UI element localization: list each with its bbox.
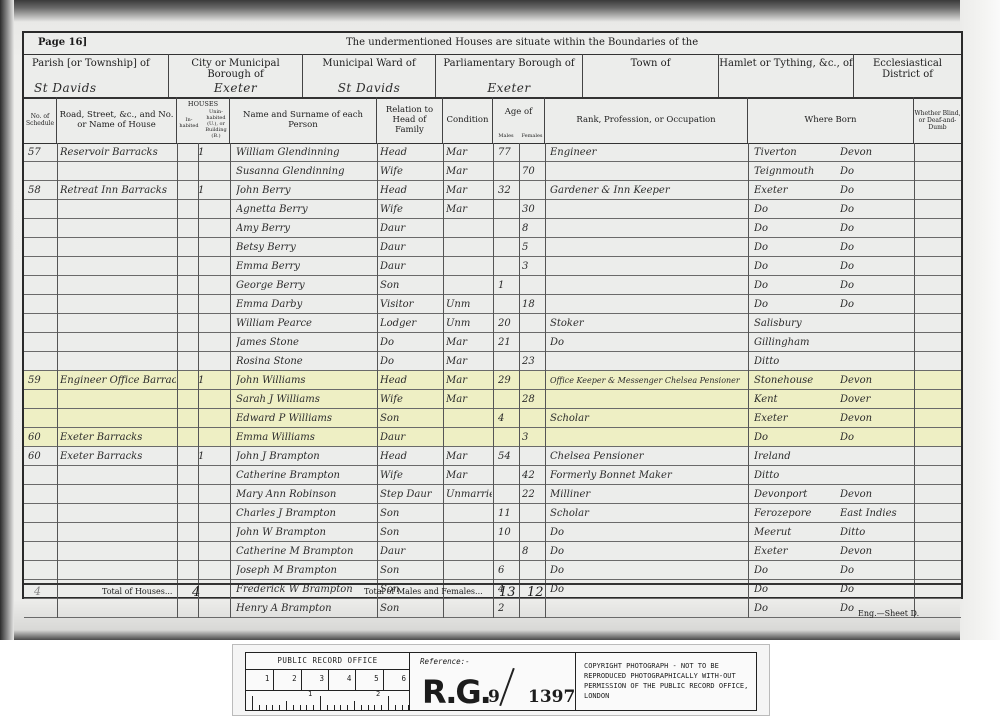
cell-born-county <box>840 333 912 352</box>
cell-occupation: Do <box>550 523 746 542</box>
cell-occupation: Scholar <box>550 409 746 428</box>
cell-relation: Wife <box>380 390 442 409</box>
cell-occupation <box>550 295 746 314</box>
cell-female-age <box>522 333 544 352</box>
cell-born-place: Exeter <box>754 542 836 561</box>
cell-relation: Step Daur <box>380 485 442 504</box>
cell-born-place: Do <box>754 238 836 257</box>
ruler-tick <box>279 705 280 710</box>
column-divider <box>493 143 494 618</box>
ruler-tick <box>368 705 369 710</box>
cell-occupation <box>550 219 746 238</box>
cell-address <box>60 409 176 428</box>
cell-address <box>60 257 176 276</box>
col-disability: Whether Blind, or Deaf-and-Dumb <box>914 97 961 143</box>
col-age: Age of Males Females <box>493 97 545 143</box>
cell-born-county: Devon <box>840 371 912 390</box>
cell-address: Reservoir Barracks <box>60 143 176 162</box>
cell-born-place: Do <box>754 599 836 618</box>
cell-schedule: 57 <box>28 143 56 162</box>
cell-occupation <box>550 200 746 219</box>
col-condition: Condition <box>443 97 493 143</box>
reference-piece: 1397 <box>528 687 575 707</box>
cell-female-age <box>522 504 544 523</box>
cell-name: John Williams <box>236 371 376 390</box>
cell-relation: Son <box>380 276 442 295</box>
ruler-number: 2 <box>376 690 380 698</box>
scan-left-edge <box>0 0 14 640</box>
cell-male-age <box>498 466 520 485</box>
cell-occupation: Do <box>550 561 746 580</box>
cell-relation: Daur <box>380 257 442 276</box>
cell-condition: Mar <box>446 200 492 219</box>
cell-female-age <box>522 371 544 390</box>
houses-total-value: 4 <box>192 585 200 600</box>
cell-inhabited: 1 <box>198 447 208 466</box>
ruler-tick <box>259 705 260 710</box>
cell-female-age <box>522 523 544 542</box>
cell-occupation <box>550 352 746 371</box>
age-label: Age of <box>505 107 533 117</box>
cell-schedule: 60 <box>28 428 56 447</box>
cell-female-age <box>522 599 544 618</box>
cell-occupation: Chelsea Pensioner <box>550 447 746 466</box>
cell-address <box>60 542 176 561</box>
ruler-tick <box>327 705 328 710</box>
scale-numbers: 123456 <box>246 670 409 691</box>
cell-male-age: 11 <box>498 504 520 523</box>
boundary-ward: Municipal Ward of St Davids <box>303 54 436 97</box>
cell-inhabited <box>198 504 208 523</box>
cell-name: George Berry <box>236 276 376 295</box>
cell-name: Rosina Stone <box>236 352 376 371</box>
cell-born-place: Ireland <box>754 447 836 466</box>
cell-condition <box>446 257 492 276</box>
cell-address <box>60 295 176 314</box>
cell-female-age: 8 <box>522 542 544 561</box>
boundary-label: Hamlet or Tything, &c., of <box>719 58 852 69</box>
boundary-ecclesiastical: Ecclesiastical District of <box>854 54 961 97</box>
cell-inhabited <box>198 542 208 561</box>
cell-inhabited <box>198 599 208 618</box>
cell-female-age: 42 <box>522 466 544 485</box>
cell-address <box>60 599 176 618</box>
column-divider <box>57 143 58 618</box>
males-total-value: 13 <box>499 585 516 600</box>
cell-address: Exeter Barracks <box>60 447 176 466</box>
ruler-tick <box>320 696 321 710</box>
cell-name: John W Brampton <box>236 523 376 542</box>
scan-right-edge <box>960 0 1000 640</box>
cell-born-place: Meerut <box>754 523 836 542</box>
cell-relation: Son <box>380 523 442 542</box>
cell-female-age <box>522 561 544 580</box>
ruler-tick <box>252 696 253 710</box>
boundary-label: City or Municipal Borough of <box>191 58 279 80</box>
cell-name: Sarah J Williams <box>236 390 376 409</box>
boundary-hamlet: Hamlet or Tything, &c., of <box>719 54 854 97</box>
cell-born-county <box>840 466 912 485</box>
cell-name: Edward P Williams <box>236 409 376 428</box>
cell-schedule <box>28 295 56 314</box>
cell-born-place: Do <box>754 200 836 219</box>
cell-relation: Son <box>380 409 442 428</box>
cell-relation: Son <box>380 599 442 618</box>
cell-schedule <box>28 485 56 504</box>
totals-row: 4 Total of Houses... 4 Total of Males an… <box>24 583 961 601</box>
cell-male-age <box>498 219 520 238</box>
ruler-tick <box>306 705 307 710</box>
scale-number: 6 <box>382 674 406 683</box>
cell-schedule <box>28 599 56 618</box>
col-occupation: Rank, Profession, or Occupation <box>545 97 748 143</box>
cell-condition <box>446 276 492 295</box>
cell-male-age: 4 <box>498 409 520 428</box>
cell-inhabited <box>198 238 208 257</box>
cell-occupation <box>550 390 746 409</box>
reference-slash <box>499 668 515 706</box>
cell-occupation: Scholar <box>550 504 746 523</box>
cell-condition: Mar <box>446 466 492 485</box>
ruler-tick <box>347 705 348 710</box>
cell-born-county: Do <box>840 257 912 276</box>
cell-name: Mary Ann Robinson <box>236 485 376 504</box>
cell-condition: Mar <box>446 371 492 390</box>
cell-address <box>60 314 176 333</box>
cell-name: Charles J Brampton <box>236 504 376 523</box>
cell-inhabited <box>198 390 208 409</box>
ruler-tick <box>402 705 403 710</box>
ruler-tick <box>381 705 382 710</box>
cell-relation: Do <box>380 333 442 352</box>
boundaries-row: Parish [or Township] of St Davids City o… <box>24 54 961 99</box>
census-entries: 57Reservoir Barracks1William Glendinning… <box>24 143 961 583</box>
cell-occupation <box>550 428 746 447</box>
cell-born-place: Salisbury <box>754 314 836 333</box>
cell-condition: Unm <box>446 295 492 314</box>
cell-born-place: Do <box>754 295 836 314</box>
cell-occupation <box>550 599 746 618</box>
cell-relation: Head <box>380 181 442 200</box>
column-header-row: No. of Schedule Road, Street, &c., and N… <box>24 97 961 144</box>
cell-name: Emma Darby <box>236 295 376 314</box>
cell-female-age <box>522 276 544 295</box>
ruler-tick <box>388 696 389 710</box>
col-relation: Relation to Head of Family <box>377 97 443 143</box>
cell-born-place: Gillingham <box>754 333 836 352</box>
cell-relation: Daur <box>380 238 442 257</box>
ruler-tick <box>272 705 273 710</box>
column-divider <box>748 143 749 618</box>
cell-condition: Mar <box>446 181 492 200</box>
cell-condition: Unmarried <box>446 485 492 504</box>
cell-inhabited <box>198 409 208 428</box>
cell-address <box>60 485 176 504</box>
houses-total-label: Total of Houses... <box>102 587 172 596</box>
cell-male-age: 6 <box>498 561 520 580</box>
cell-condition: Unm <box>446 314 492 333</box>
cell-inhabited <box>198 352 208 371</box>
cell-schedule <box>28 390 56 409</box>
cell-occupation: Stoker <box>550 314 746 333</box>
column-divider <box>914 143 915 618</box>
ruler-tick <box>340 705 341 710</box>
cell-name: Henry A Brampton <box>236 599 376 618</box>
col-houses: HOUSES In-habited Unin-habited (U.), or … <box>177 97 230 143</box>
boundary-label: Parish [or Township] of <box>32 58 150 69</box>
boundary-label: Parliamentary Borough of <box>443 58 574 69</box>
col-name: Name and Surname of each Person <box>230 97 377 143</box>
cell-occupation: Engineer <box>550 143 746 162</box>
copyright-notice: COPYRIGHT PHOTOGRAPH - NOT TO BE REPRODU… <box>584 661 754 701</box>
cell-born-place: Ditto <box>754 466 836 485</box>
cell-born-county: Do <box>840 162 912 181</box>
cell-relation: Visitor <box>380 295 442 314</box>
cell-condition <box>446 409 492 428</box>
scale-number: 3 <box>300 674 324 683</box>
cell-condition: Mar <box>446 143 492 162</box>
cell-occupation: Office Keeper & Messenger Chelsea Pensio… <box>550 371 746 390</box>
cell-condition <box>446 561 492 580</box>
cell-relation: Daur <box>380 219 442 238</box>
cell-male-age: 10 <box>498 523 520 542</box>
cell-address <box>60 523 176 542</box>
cell-name: Betsy Berry <box>236 238 376 257</box>
females-total-value: 12 <box>527 585 544 600</box>
cell-female-age <box>522 314 544 333</box>
ruler-tick <box>361 705 362 710</box>
sheet-label: Eng.—Sheet D. <box>858 609 919 618</box>
cell-female-age: 22 <box>522 485 544 504</box>
cell-born-county: Devon <box>840 485 912 504</box>
cell-born-place: Do <box>754 428 836 447</box>
cell-inhabited <box>198 523 208 542</box>
cell-born-county: Do <box>840 200 912 219</box>
scale-number: 5 <box>355 674 379 683</box>
cell-name: Catherine Brampton <box>236 466 376 485</box>
ruler-tick <box>293 705 294 710</box>
ruler-tick <box>313 705 314 710</box>
cell-name: William Glendinning <box>236 143 376 162</box>
cell-condition <box>446 523 492 542</box>
margin-mark: 4 <box>34 585 41 598</box>
cell-name: William Pearce <box>236 314 376 333</box>
cell-born-place: Do <box>754 219 836 238</box>
col-address: Road, Street, &c., and No. or Name of Ho… <box>57 97 177 143</box>
cell-name: John Berry <box>236 181 376 200</box>
cell-name: Amy Berry <box>236 219 376 238</box>
cell-born-county: Do <box>840 295 912 314</box>
cell-schedule: 60 <box>28 447 56 466</box>
reference-label: Reference:- <box>420 657 470 666</box>
cell-born-county: Devon <box>840 542 912 561</box>
cell-condition <box>446 504 492 523</box>
archive-reference-strip: PUBLIC RECORD OFFICE 123456 12 Reference… <box>232 644 770 716</box>
cell-born-county: Do <box>840 276 912 295</box>
cell-schedule <box>28 162 56 181</box>
cell-schedule <box>28 238 56 257</box>
cell-schedule <box>28 314 56 333</box>
cell-relation: Wife <box>380 200 442 219</box>
cell-relation: Daur <box>380 428 442 447</box>
cell-inhabited: 1 <box>198 143 208 162</box>
cell-born-place: Exeter <box>754 181 836 200</box>
column-divider <box>230 143 231 618</box>
cell-relation: Son <box>380 504 442 523</box>
cell-inhabited <box>198 485 208 504</box>
ruler-number: 1 <box>308 690 312 698</box>
cell-inhabited <box>198 314 208 333</box>
column-divider <box>519 143 520 618</box>
cell-occupation <box>550 238 746 257</box>
cell-born-place: Ditto <box>754 352 836 371</box>
cell-born-county: Dover <box>840 390 912 409</box>
col-females: Females <box>520 133 544 139</box>
cell-female-age <box>522 409 544 428</box>
cell-male-age: 20 <box>498 314 520 333</box>
cell-inhabited <box>198 333 208 352</box>
cell-inhabited <box>198 466 208 485</box>
reference-series-number: 9 <box>488 687 500 707</box>
cell-inhabited <box>198 200 208 219</box>
ruler-tick <box>334 705 335 710</box>
cell-born-place: Tiverton <box>754 143 836 162</box>
column-divider <box>443 143 444 618</box>
cell-address: Retreat Inn Barracks <box>60 181 176 200</box>
column-divider <box>377 143 378 618</box>
cell-female-age: 3 <box>522 257 544 276</box>
cell-male-age <box>498 295 520 314</box>
cell-schedule <box>28 219 56 238</box>
cell-condition <box>446 219 492 238</box>
cell-inhabited <box>198 162 208 181</box>
cell-schedule <box>28 276 56 295</box>
cell-inhabited: 1 <box>198 181 208 200</box>
cell-relation: Head <box>380 447 442 466</box>
cell-male-age: 32 <box>498 181 520 200</box>
cell-born-county: Do <box>840 238 912 257</box>
cell-address <box>60 390 176 409</box>
cell-male-age <box>498 428 520 447</box>
cell-born-county: Do <box>840 428 912 447</box>
cell-schedule <box>28 523 56 542</box>
cell-female-age <box>522 181 544 200</box>
office-scale: PUBLIC RECORD OFFICE 123456 12 <box>246 653 410 710</box>
cell-born-county <box>840 314 912 333</box>
reference-block: Reference:- R.G. 9 1397 <box>410 653 576 710</box>
col-males: Males <box>495 133 517 139</box>
cell-address: Engineer Office Barracks <box>60 371 176 390</box>
scale-number: 1 <box>245 674 269 683</box>
boundary-town: Town of <box>583 54 719 97</box>
cell-occupation <box>550 257 746 276</box>
cell-female-age: 5 <box>522 238 544 257</box>
boundary-value: Exeter <box>436 83 582 94</box>
cell-condition <box>446 599 492 618</box>
cell-born-county: Devon <box>840 143 912 162</box>
cell-male-age: 54 <box>498 447 520 466</box>
cell-female-age: 3 <box>522 428 544 447</box>
cell-condition <box>446 428 492 447</box>
cell-condition: Mar <box>446 333 492 352</box>
office-name: PUBLIC RECORD OFFICE <box>246 653 409 670</box>
cell-address <box>60 466 176 485</box>
cell-born-county: Ditto <box>840 523 912 542</box>
form-top-row: Page 16] The undermentioned Houses are s… <box>24 33 961 55</box>
cell-male-age <box>498 257 520 276</box>
cell-born-county <box>840 352 912 371</box>
cell-born-place: Kent <box>754 390 836 409</box>
cell-born-place: Do <box>754 561 836 580</box>
cell-born-place: Teignmouth <box>754 162 836 181</box>
column-divider <box>545 143 546 618</box>
boundary-city: City or Municipal Borough of Exeter <box>169 54 303 97</box>
cell-schedule <box>28 257 56 276</box>
reference-series: R.G. <box>422 673 490 711</box>
ruler-tick <box>286 701 287 710</box>
cell-occupation: Do <box>550 542 746 561</box>
col-inhabited: In-habited <box>179 117 199 129</box>
cell-schedule <box>28 200 56 219</box>
cell-address <box>60 219 176 238</box>
cell-schedule: 58 <box>28 181 56 200</box>
cell-male-age <box>498 485 520 504</box>
ruler-tick <box>300 705 301 710</box>
cell-name: John J Brampton <box>236 447 376 466</box>
cell-name: Susanna Glendinning <box>236 162 376 181</box>
cell-born-place: Ferozepore <box>754 504 836 523</box>
cell-address <box>60 200 176 219</box>
cell-born-place: Exeter <box>754 409 836 428</box>
cell-occupation <box>550 276 746 295</box>
cell-condition: Mar <box>446 447 492 466</box>
boundaries-banner: The undermentioned Houses are situate wi… <box>346 37 698 48</box>
cell-male-age: 21 <box>498 333 520 352</box>
col-uninhabited: Unin-habited (U.), or Building (B.) <box>203 109 229 139</box>
cell-condition: Mar <box>446 352 492 371</box>
boundary-value: St Davids <box>303 83 435 94</box>
cell-male-age <box>498 352 520 371</box>
cell-born-place: Do <box>754 257 836 276</box>
cell-name: Emma Berry <box>236 257 376 276</box>
cell-born-county: Do <box>840 181 912 200</box>
cell-born-county: East Indies <box>840 504 912 523</box>
cell-male-age: 29 <box>498 371 520 390</box>
cell-male-age <box>498 200 520 219</box>
cell-schedule <box>28 542 56 561</box>
cell-name: Catherine M Brampton <box>236 542 376 561</box>
census-form: Page 16] The undermentioned Houses are s… <box>22 31 963 599</box>
cell-relation: Daur <box>380 542 442 561</box>
scale-number: 4 <box>327 674 351 683</box>
cell-female-age: 30 <box>522 200 544 219</box>
cell-schedule <box>28 409 56 428</box>
ruler-scale: 12 <box>246 690 409 710</box>
cell-born-county: Do <box>840 219 912 238</box>
cell-schedule <box>28 466 56 485</box>
cell-address <box>60 504 176 523</box>
cell-inhabited: 1 <box>198 371 208 390</box>
cell-born-county: Devon <box>840 409 912 428</box>
cell-address <box>60 162 176 181</box>
ruler-tick <box>374 705 375 710</box>
cell-born-place: Devonport <box>754 485 836 504</box>
cell-address <box>60 561 176 580</box>
cell-address: Exeter Barracks <box>60 428 176 447</box>
cell-relation: Lodger <box>380 314 442 333</box>
cell-inhabited <box>198 276 208 295</box>
cell-occupation <box>550 162 746 181</box>
